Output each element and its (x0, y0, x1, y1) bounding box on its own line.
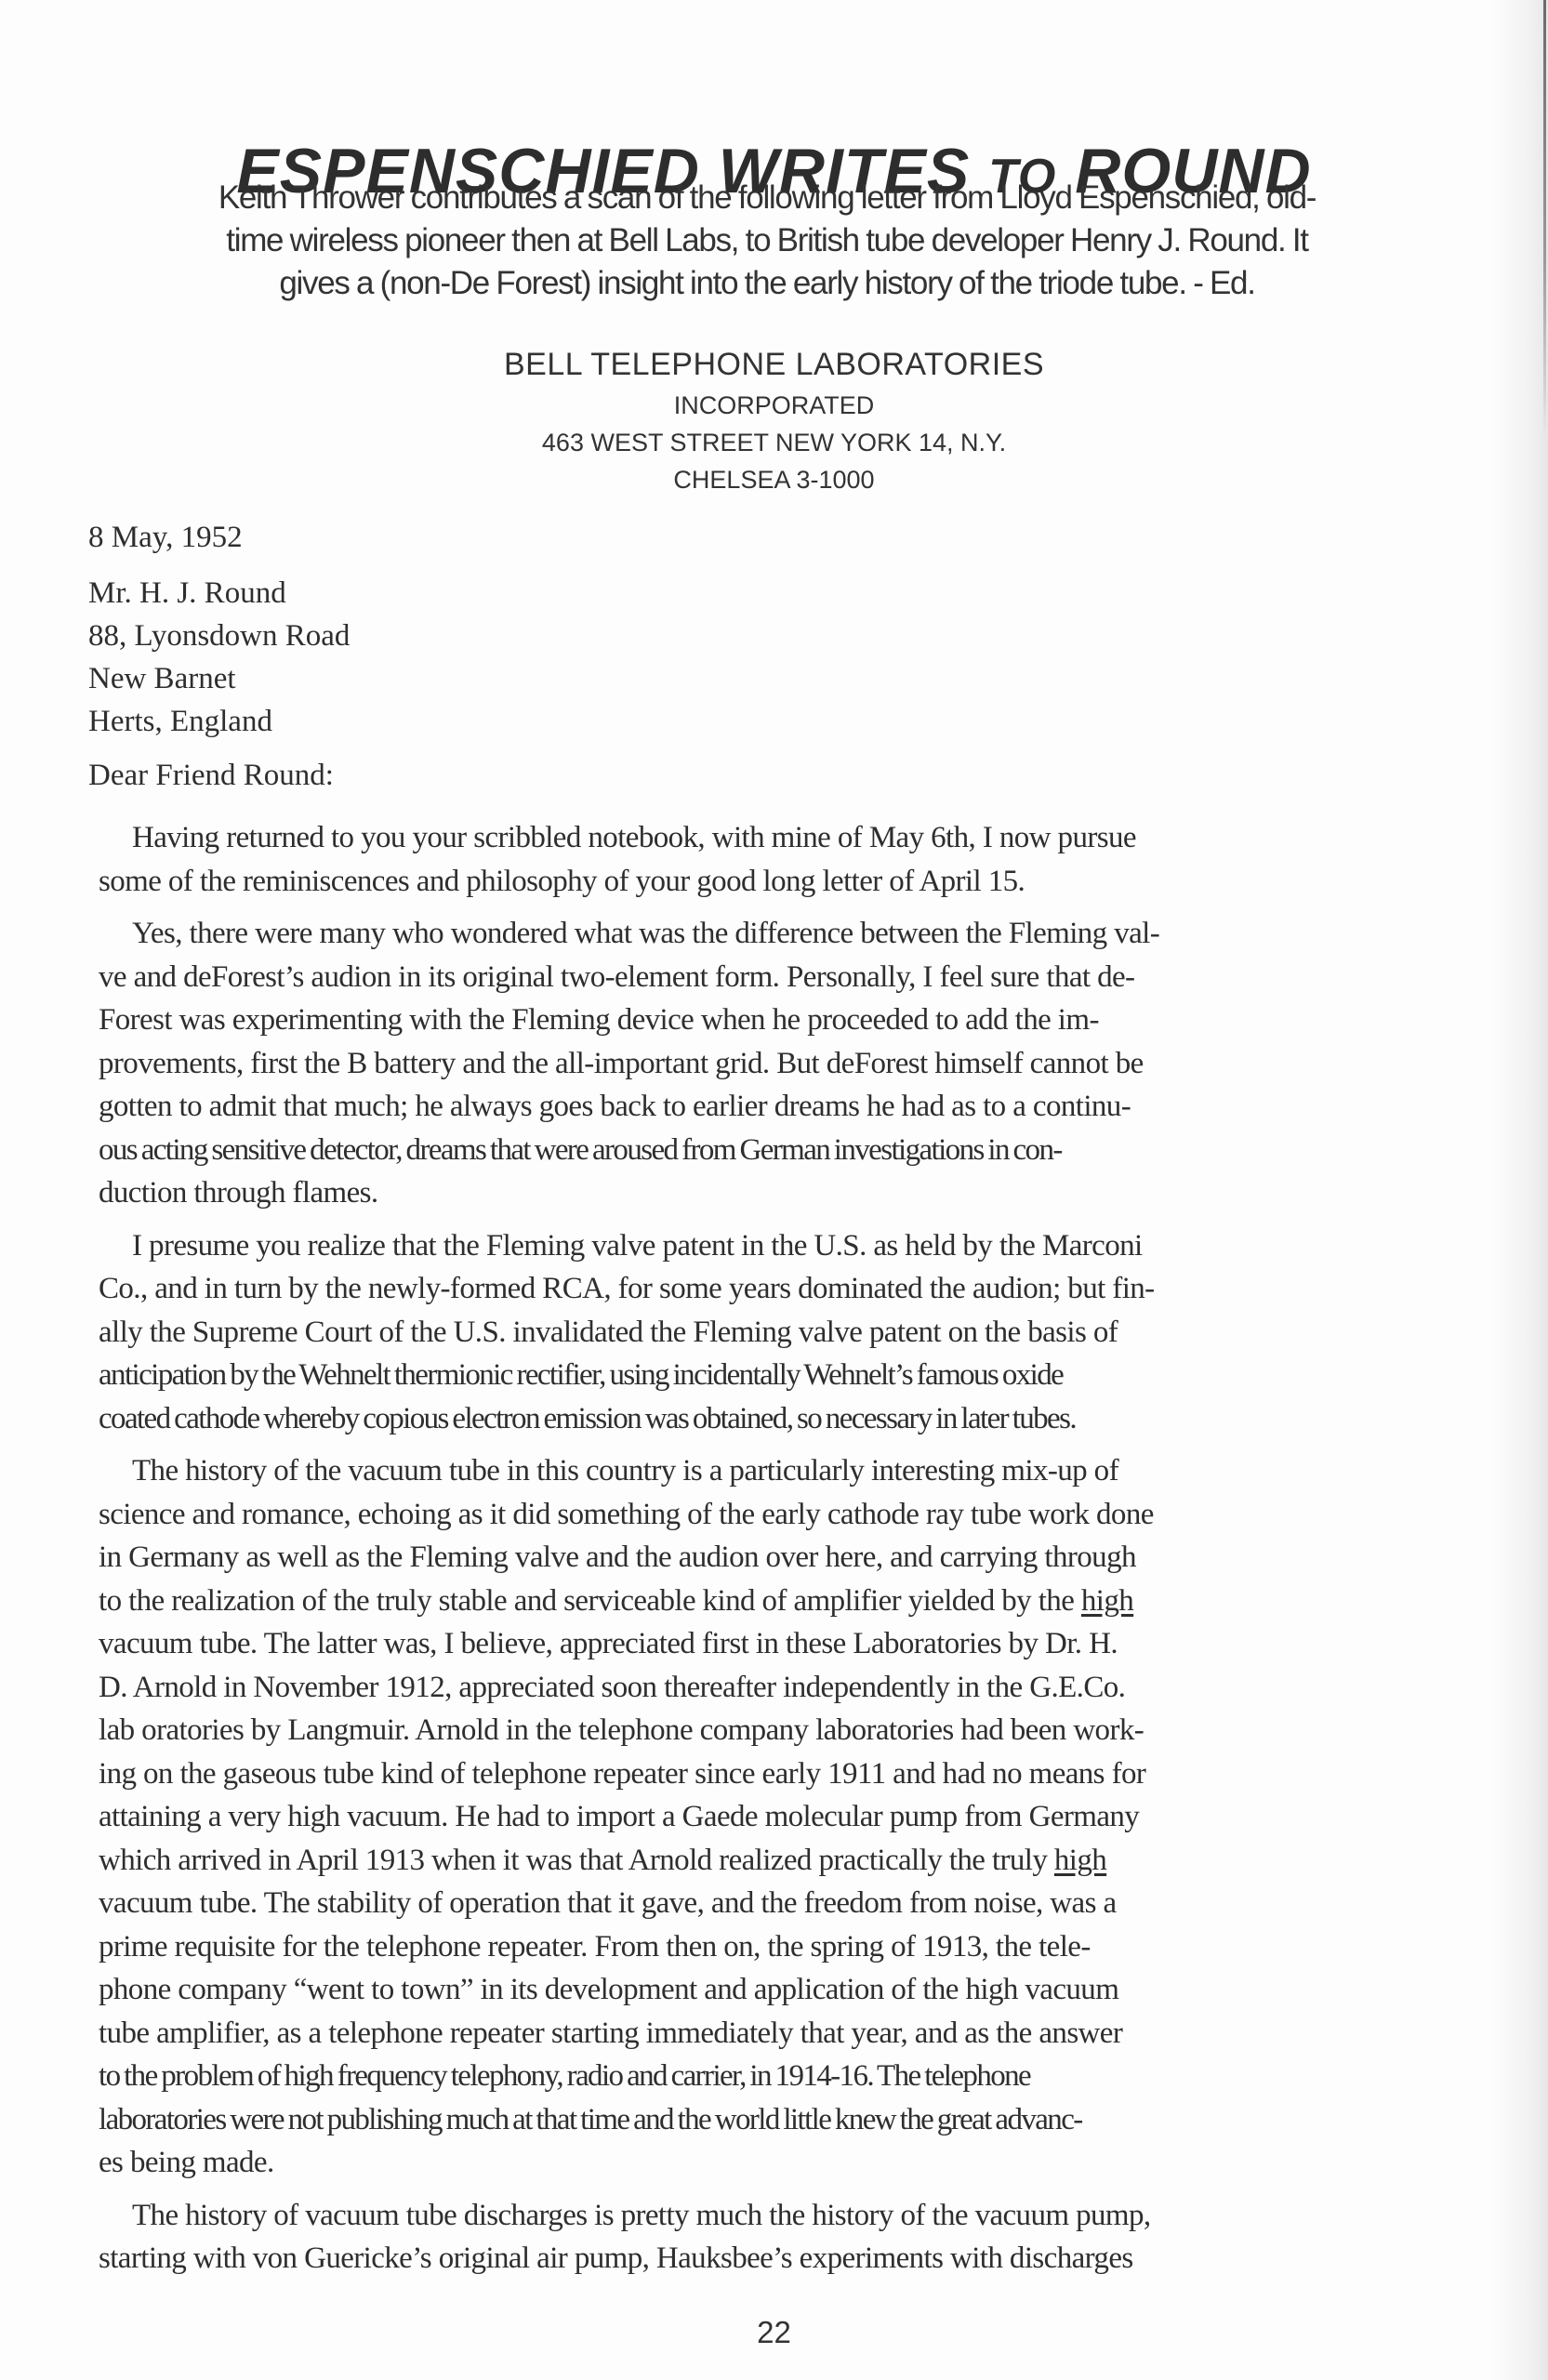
text-line: Having returned to you your scribbled no… (99, 816, 1419, 860)
text-line: ally the Supreme Court of the U.S. inval… (99, 1311, 1419, 1355)
text-line: ve and deForest’s audion in its original… (99, 956, 1419, 999)
text-line: ing on the gaseous tube kind of telephon… (99, 1752, 1419, 1796)
text-line: vacuum tube. The latter was, I believe, … (99, 1622, 1419, 1666)
text-line: which arrived in April 1913 when it was … (99, 1839, 1419, 1883)
letter-body: Having returned to you your scribbled no… (99, 816, 1419, 2290)
text-line: provements, first the B battery and the … (99, 1042, 1419, 1086)
text-line: duction through flames. (99, 1171, 1419, 1215)
text-line: The history of the vacuum tube in this c… (99, 1449, 1419, 1493)
text-line: phone company “went to town” in its deve… (99, 1968, 1419, 2012)
letterhead-company: BELL TELEPHONE LABORATORIES (0, 344, 1548, 385)
paragraph: Yes, there were many who wondered what w… (99, 912, 1419, 1215)
paragraph: I presume you realize that the Fleming v… (99, 1224, 1419, 1441)
intro-line: Keith Thrower contributes a scan of the … (93, 177, 1441, 219)
letterhead-address: 463 WEST STREET NEW YORK 14, N.Y. (0, 424, 1548, 461)
text-line: starting with von Guericke’s original ai… (99, 2237, 1419, 2281)
text-line: gotten to admit that much; he always goe… (99, 1085, 1419, 1129)
paragraph: The history of vacuum tube discharges is… (99, 2194, 1419, 2281)
text-line: to the problem of high frequency telepho… (99, 2055, 1419, 2098)
text-line: lab oratories by Langmuir. Arnold in the… (99, 1709, 1419, 1752)
recipient-county: Herts, England (88, 700, 350, 743)
text-line: laboratories were not publishing much at… (99, 2098, 1419, 2142)
text-line: I presume you realize that the Fleming v… (99, 1224, 1419, 1268)
recipient-town: New Barnet (88, 657, 350, 700)
intro-line: gives a (non-De Forest) insight into the… (93, 262, 1441, 305)
recipient-name: Mr. H. J. Round (88, 572, 350, 615)
text-line: es being made. (99, 2141, 1419, 2185)
text-line: anticipation by the Wehnelt thermionic r… (99, 1354, 1419, 1397)
underlined-word: high (1054, 1844, 1106, 1877)
text-line: prime requisite for the telephone repeat… (99, 1925, 1419, 1969)
paragraph: The history of the vacuum tube in this c… (99, 1449, 1419, 2185)
text-line: D. Arnold in November 1912, appreciated … (99, 1666, 1419, 1710)
letterhead: BELL TELEPHONE LABORATORIES INCORPORATED… (0, 344, 1548, 498)
letter-date: 8 May, 1952 (88, 516, 350, 559)
text-line: The history of vacuum tube discharges is… (99, 2194, 1419, 2238)
underlined-word: high (1081, 1584, 1133, 1618)
text-line: tube amplifier, as a telephone repeater … (99, 2012, 1419, 2056)
text-line: vacuum tube. The stability of operation … (99, 1882, 1419, 1925)
letter-header: 8 May, 1952 Mr. H. J. Round 88, Lyonsdow… (88, 516, 350, 797)
text-line: to the realization of the truly stable a… (99, 1580, 1419, 1623)
text-line: attaining a very high vacuum. He had to … (99, 1795, 1419, 1839)
intro-line: time wireless pioneer then at Bell Labs,… (93, 219, 1441, 262)
text-line: Forest was experimenting with the Flemin… (99, 998, 1419, 1042)
text-line: ous acting sensitive detector, dreams th… (99, 1129, 1419, 1172)
salutation: Dear Friend Round: (88, 754, 350, 797)
text-line: science and romance, echoing as it did s… (99, 1493, 1419, 1537)
editor-intro: Keith Thrower contributes a scan of the … (93, 177, 1441, 305)
page-number: 22 (0, 2315, 1548, 2350)
text-line: Co., and in turn by the newly-formed RCA… (99, 1267, 1419, 1311)
paragraph: Having returned to you your scribbled no… (99, 816, 1419, 903)
letterhead-phone: CHELSEA 3-1000 (0, 461, 1548, 498)
text-line: some of the reminiscences and philosophy… (99, 860, 1419, 904)
text-line: coated cathode whereby copious electron … (99, 1397, 1419, 1441)
text-line: in Germany as well as the Fleming valve … (99, 1536, 1419, 1580)
text-line: Yes, there were many who wondered what w… (99, 912, 1419, 956)
recipient-street: 88, Lyonsdown Road (88, 615, 350, 657)
letterhead-incorporated: INCORPORATED (0, 387, 1548, 424)
